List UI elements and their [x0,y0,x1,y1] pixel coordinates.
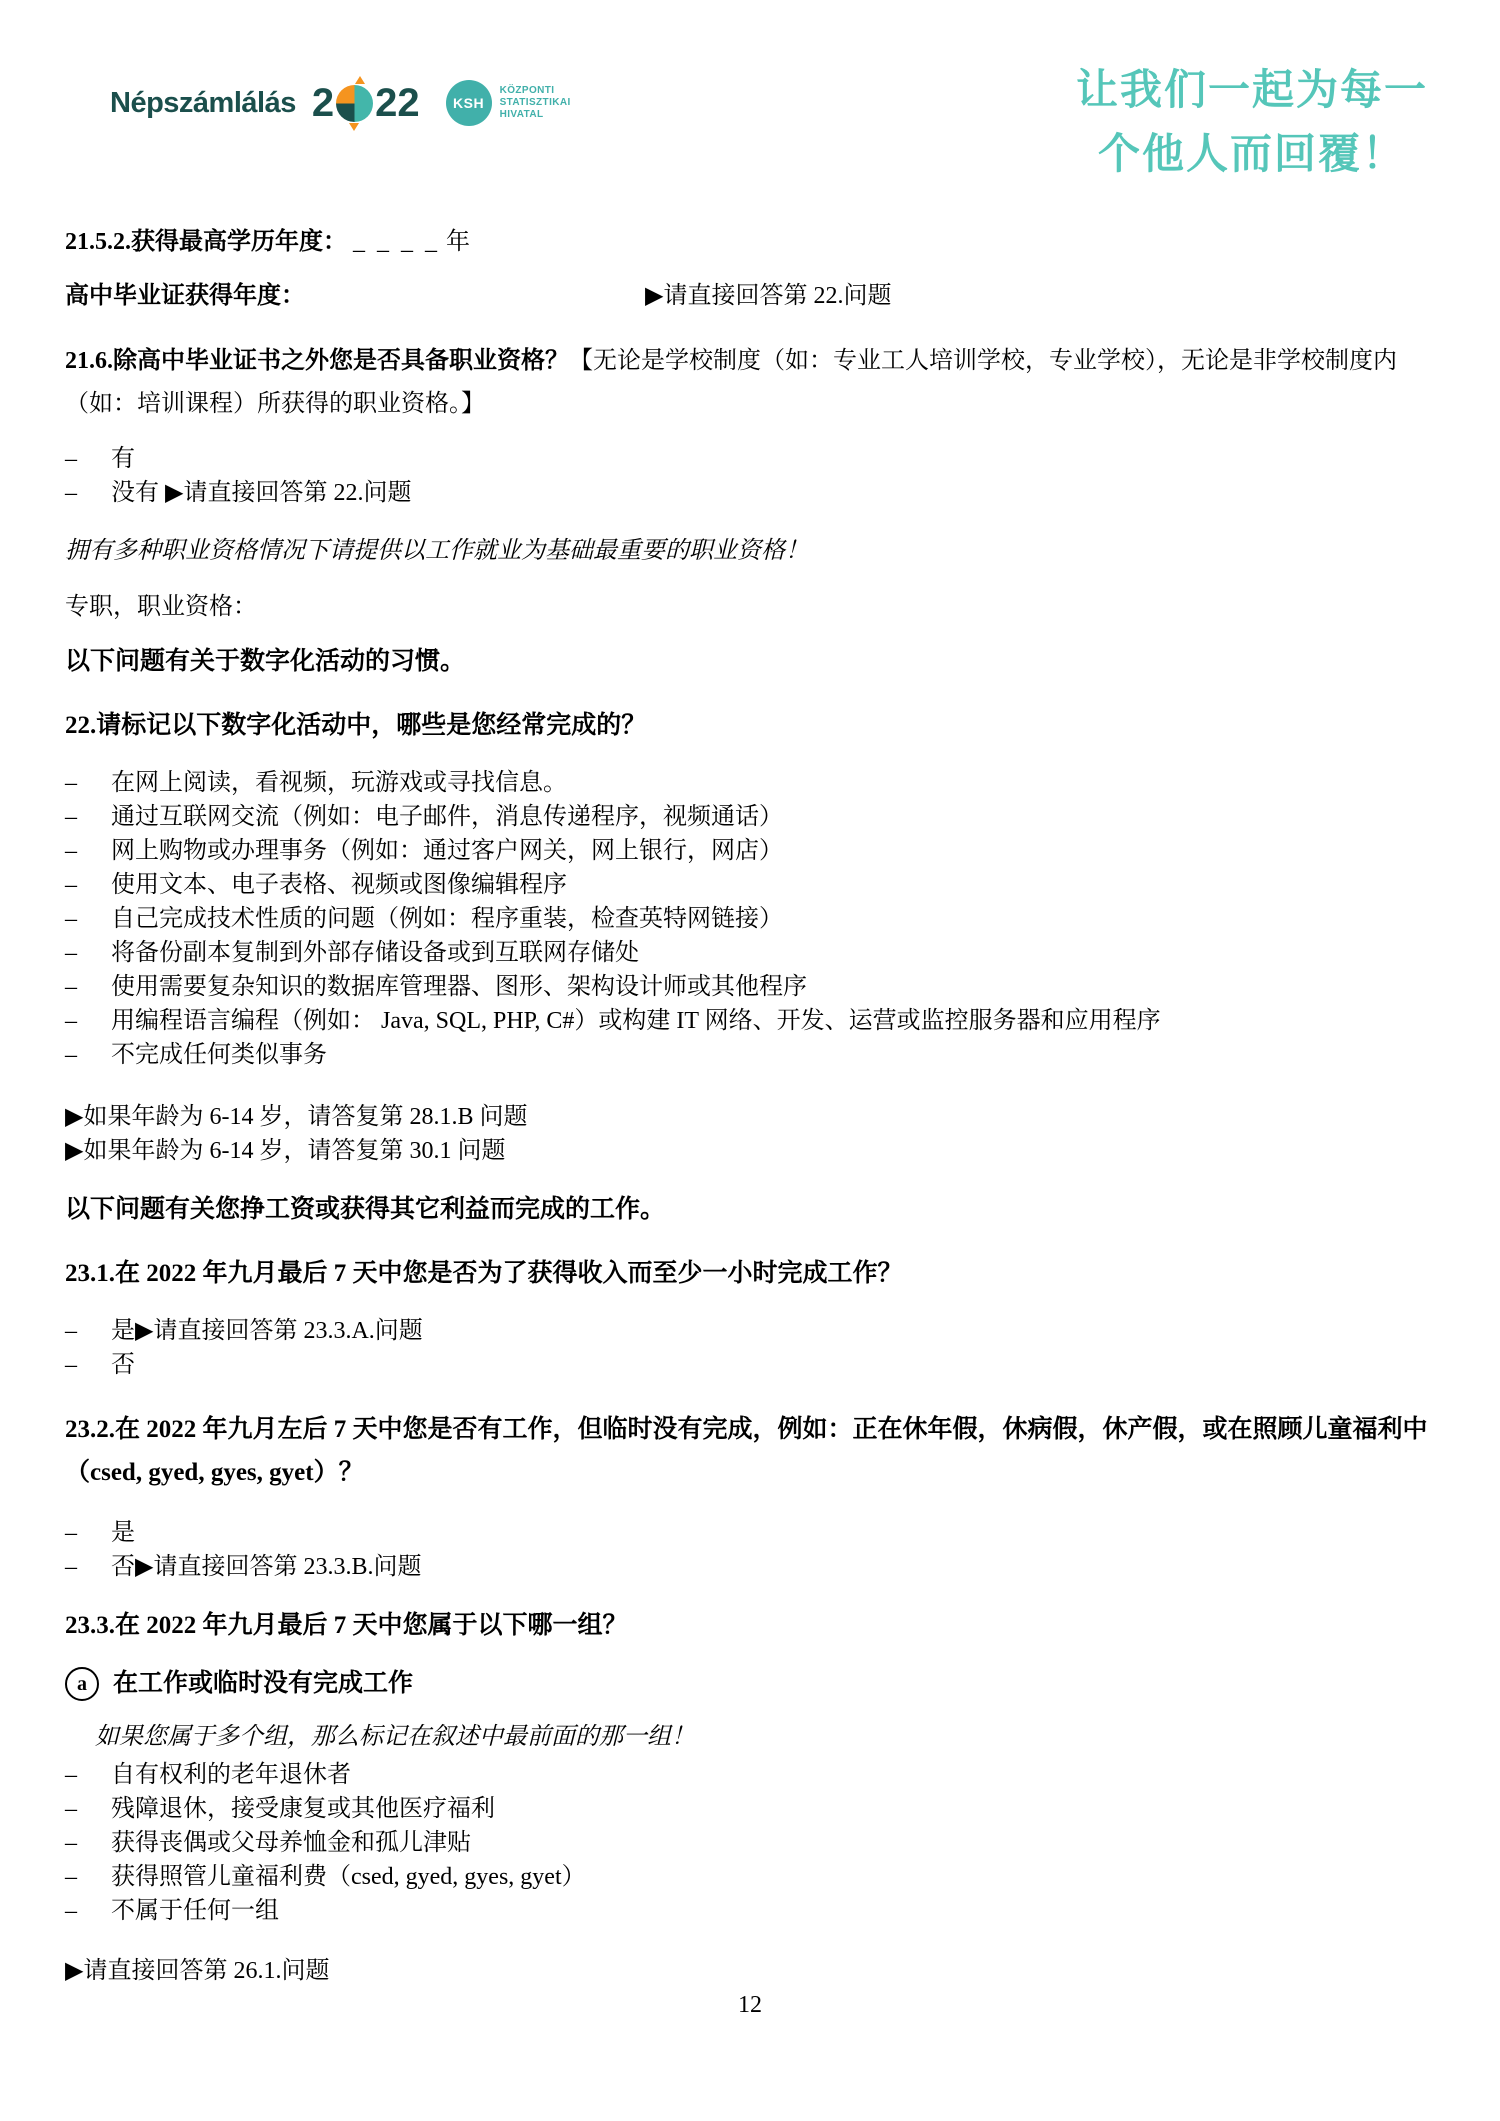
option-row: – 获得照管儿童福利费（csed, gyed, gyes, gyet） [65,1860,1443,1894]
questionnaire-content: 21.5.2.获得最高学历年度： _ _ _ _ 年 高中毕业证获得年度： ▶请… [65,226,1443,1988]
option-row: – 否 [65,1348,1443,1382]
dash-marker: – [65,1038,111,1072]
option-row: – 使用文本、电子表格、视频或图像编辑程序 [65,868,1443,902]
slogan-line-1: 让我们一起为每一 [1076,58,1428,122]
question-21-6-label: 21.6.除高中毕业证书之外您是否具备职业资格？ [65,348,569,374]
option-row: – 通过互联网交流（例如：电子邮件，消息传递程序，视频通话） [65,800,1443,834]
option-label: 没有 ▶请直接回答第 22.问题 [111,476,411,510]
questionnaire-page: Népszámlálás 2 22 KSH KÖZPONTI STATISZTI… [0,0,1500,2121]
logo-year-digit: 2 [312,81,334,126]
skip-rule-28-1-b: ▶如果年龄为 6-14 岁，请答复第 28.1.B 问题 [65,1100,1443,1134]
option-label: 自己完成技术性质的问题（例如：程序重装，检查英特网链接） [111,902,783,936]
question-21-5-2-label: 21.5.2.获得最高学历年度： [65,229,347,255]
option-label: 通过互联网交流（例如：电子邮件，消息传递程序，视频通话） [111,800,783,834]
ksh-circle-icon: KSH [446,80,492,126]
option-row: – 自有权利的老年退休者 [65,1758,1443,1792]
nepszamlalas-wordmark: Népszámlálás [110,87,296,120]
section-heading-work: 以下问题有关您挣工资或获得其它利益而完成的工作。 [65,1194,1443,1226]
option-label: 使用文本、电子表格、视频或图像编辑程序 [111,868,567,902]
dash-marker: – [65,1004,111,1038]
dash-marker: – [65,1894,111,1928]
dash-marker: – [65,442,111,476]
instruction-italic: 拥有多种职业资格情况下请提供以工作就业为基础最重要的职业资格！ [65,536,1443,566]
question-22: 22.请标记以下数字化活动中，哪些是您经常完成的？ [65,710,1443,742]
dash-marker: – [65,1758,111,1792]
dash-marker: – [65,766,111,800]
question-21-6-options: – 有 – 没有 ▶请直接回答第 22.问题 [65,442,1443,510]
option-row: – 网上购物或办理事务（例如：通过客户网关，网上银行，网店） [65,834,1443,868]
option-row: – 不完成任何类似事务 [65,1038,1443,1072]
option-row: – 在网上阅读，看视频，玩游戏或寻找信息。 [65,766,1443,800]
option-row: – 否▶请直接回答第 23.3.B.问题 [65,1550,1443,1584]
dash-marker: – [65,902,111,936]
question-22-options: – 在网上阅读，看视频，玩游戏或寻找信息。 – 通过互联网交流（例如：电子邮件，… [65,766,1443,1072]
ksh-name-line: HIVATAL [500,109,571,121]
pie-chart-icon [336,85,373,122]
question-23-3: 23.3.在 2022 年九月最后 7 天中您属于以下哪一组？ [65,1610,1443,1642]
option-label: 残障退休，接受康复或其他医疗福利 [111,1792,495,1826]
option-row: – 不属于任何一组 [65,1894,1443,1928]
group-a-label: 在工作或临时没有完成工作 [113,1666,413,1702]
dash-marker: – [65,476,111,510]
skip-rule-30-1: ▶如果年龄为 6-14 岁，请答复第 30.1 问题 [65,1134,1443,1168]
ksh-name-line: STATISZTIKAI [500,97,571,109]
circled-a-icon: a [65,1667,99,1701]
dash-marker: – [65,800,111,834]
option-label: 获得照管儿童福利费（csed, gyed, gyes, gyet） [111,1860,586,1894]
option-row: – 将备份副本复制到外部存储设备或到互联网存储处 [65,936,1443,970]
option-label: 有 [111,442,135,476]
option-label: 网上购物或办理事务（例如：通过客户网关，网上银行，网店） [111,834,783,868]
question-21-5-2: 21.5.2.获得最高学历年度： _ _ _ _ 年 [65,226,1443,258]
dash-marker: – [65,1550,111,1584]
dash-marker: – [65,1314,111,1348]
question-23-3-options: – 自有权利的老年退休者 – 残障退休，接受康复或其他医疗福利 – 获得丧偶或父… [65,1758,1443,1928]
dash-marker: – [65,1792,111,1826]
option-row: – 用编程语言编程（例如： Java, SQL, PHP, C#）或构建 IT … [65,1004,1443,1038]
option-label: 将备份副本复制到外部存储设备或到互联网存储处 [111,936,639,970]
page-number: 12 [0,1992,1500,2019]
skip-rule-26-1: ▶请直接回答第 26.1.问题 [65,1954,1443,1988]
question-21-6: 21.6.除高中毕业证书之外您是否具备职业资格？【无论是学校制度（如：专业工人培… [65,340,1443,426]
question-23-1: 23.1.在 2022 年九月最后 7 天中您是否为了获得收入而至少一小时完成工… [65,1258,1443,1290]
option-label: 获得丧偶或父母养恤金和孤儿津贴 [111,1826,471,1860]
option-row: – 是▶请直接回答第 23.3.A.问题 [65,1314,1443,1348]
dash-marker: – [65,1860,111,1894]
group-a-heading: a 在工作或临时没有完成工作 [65,1666,1443,1702]
option-row: – 获得丧偶或父母养恤金和孤儿津贴 [65,1826,1443,1860]
graduation-year-row: 高中毕业证获得年度： ▶请直接回答第 22.问题 [65,280,1443,312]
logo-year-digits: 22 [375,81,420,126]
ksh-full-name: KÖZPONTI STATISZTIKAI HIVATAL [500,85,571,121]
option-label: 自有权利的老年退休者 [111,1758,351,1792]
option-row: – 没有 ▶请直接回答第 22.问题 [65,476,1443,510]
year-blank-field: _ _ _ _ [353,229,440,255]
year-unit: 年 [446,229,470,255]
option-label: 在网上阅读，看视频，玩游戏或寻找信息。 [111,766,567,800]
option-label: 否 [111,1348,135,1382]
section-heading-digital: 以下问题有关于数字化活动的习惯。 [65,646,1443,678]
dash-marker: – [65,970,111,1004]
option-label: 不属于任何一组 [111,1894,279,1928]
nepszamlalas-2022-logo: Népszámlálás 2 22 KSH KÖZPONTI STATISZTI… [110,80,571,126]
profession-fill-label: 专职，职业资格： [65,592,1443,622]
dash-marker: – [65,936,111,970]
dash-marker: – [65,1516,111,1550]
page-header: Népszámlálás 2 22 KSH KÖZPONTI STATISZTI… [110,58,1434,186]
campaign-slogan: 让我们一起为每一 个他人而回覆！ [1076,58,1434,186]
slogan-line-2: 个他人而回覆！ [1076,122,1428,186]
logo-year-2022: 2 22 [312,81,420,126]
option-label: 否▶请直接回答第 23.3.B.问题 [111,1550,421,1584]
option-label: 是 [111,1516,135,1550]
question-23-2: 23.2.在 2022 年九月左后 7 天中您是否有工作，但临时没有完成，例如：… [65,1408,1443,1494]
option-row: – 是 [65,1516,1443,1550]
dash-marker: – [65,834,111,868]
ksh-logo: KSH KÖZPONTI STATISZTIKAI HIVATAL [446,80,571,126]
option-label: 使用需要复杂知识的数据库管理器、图形、架构设计师或其他程序 [111,970,807,1004]
instruction-italic-groups: 如果您属于多个组，那么标记在叙述中最前面的那一组！ [95,1722,1443,1752]
skip-to-question-22: ▶请直接回答第 22.问题 [645,280,891,312]
option-row: – 有 [65,442,1443,476]
option-row: – 使用需要复杂知识的数据库管理器、图形、架构设计师或其他程序 [65,970,1443,1004]
question-23-1-options: – 是▶请直接回答第 23.3.A.问题 – 否 [65,1314,1443,1382]
graduation-year-label: 高中毕业证获得年度： [65,280,645,312]
option-label: 不完成任何类似事务 [111,1038,327,1072]
ksh-name-line: KÖZPONTI [500,85,571,97]
option-label: 是▶请直接回答第 23.3.A.问题 [111,1314,423,1348]
dash-marker: – [65,1826,111,1860]
option-label: 用编程语言编程（例如： Java, SQL, PHP, C#）或构建 IT 网络… [111,1004,1161,1038]
option-row: – 自己完成技术性质的问题（例如：程序重装，检查英特网链接） [65,902,1443,936]
option-row: – 残障退休，接受康复或其他医疗福利 [65,1792,1443,1826]
dash-marker: – [65,868,111,902]
question-23-2-options: – 是 – 否▶请直接回答第 23.3.B.问题 [65,1516,1443,1584]
dash-marker: – [65,1348,111,1382]
